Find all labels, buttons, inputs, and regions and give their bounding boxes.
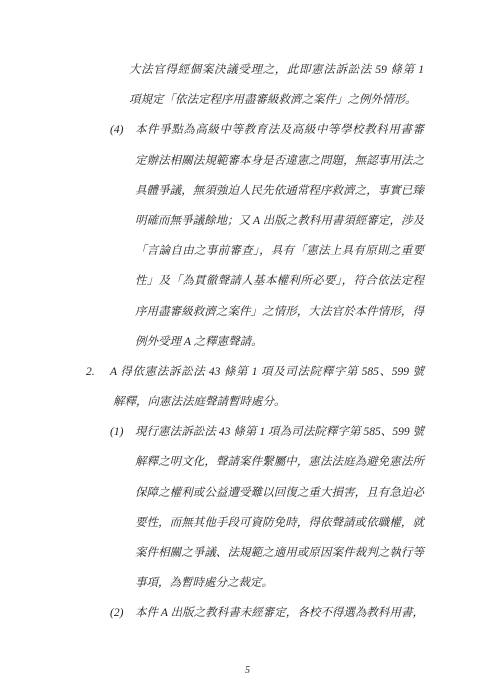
list-marker: (4) (110, 115, 135, 145)
line-text: 例外受理 A 之釋憲聲請。 (135, 327, 424, 357)
text-line: 解釋之明文化，聲請案件繫屬中，憲法法庭為避免憲法所 (0, 447, 424, 477)
text-line: 例外受理 A 之釋憲聲請。 (0, 327, 424, 357)
text-line: 性」及「為貫徹聲請人基本權利所必要」，符合依法定程 (0, 266, 424, 296)
line-text: 「言論自由之事前審查」，具有「憲法上具有原則之重要 (135, 236, 424, 266)
line-text: 現行憲法訴訟法 43 條第 1 項為司法院釋字第 585、599 號 (135, 417, 424, 447)
text-line: 解釋，向憲法法庭聲請暫時處分。 (0, 387, 424, 417)
line-text: 案件相關之爭議、法規範之適用或原因案件裁判之執行等 (135, 538, 424, 568)
page-number: 5 (0, 663, 495, 679)
line-text: A 得依憲法訴訟法 43 條第 1 項及司法院釋字第 585、599 號 (110, 357, 424, 387)
text-line: 序用盡審級救濟之案件」之情形，大法官於本件情形，得 (0, 297, 424, 327)
list-item-line: (2)本件 A 出版之教科書未經審定，各校不得選為教科用書， (0, 598, 424, 628)
text-line: 明確而無爭議餘地；又 A 出版之教科用書須經審定，涉及 (0, 206, 424, 236)
text-line: 定辦法相關法規範審本身是否違憲之問題，無認事用法之 (0, 146, 424, 176)
line-text: 大法官得經個案決議受理之，此即憲法訴訟法 59 條第 1 (129, 55, 424, 85)
line-text: 解釋，向憲法法庭聲請暫時處分。 (113, 387, 424, 417)
line-text: 明確而無爭議餘地；又 A 出版之教科用書須經審定，涉及 (135, 206, 424, 236)
text-line: 事項，為暫時處分之裁定。 (0, 568, 424, 598)
text-line: 大法官得經個案決議受理之，此即憲法訴訟法 59 條第 1 (0, 55, 424, 85)
text-line: 要性，而無其他手段可資防免時，得依聲請或依職權，就 (0, 508, 424, 538)
list-item-line: (4)本件爭點為高級中等教育法及高級中等學校教科用書審 (0, 115, 424, 145)
list-item-line: 2.A 得依憲法訴訟法 43 條第 1 項及司法院釋字第 585、599 號 (0, 357, 424, 387)
line-text: 性」及「為貫徹聲請人基本權利所必要」，符合依法定程 (135, 266, 424, 296)
line-text: 保障之權利或公益遭受難以回復之重大損害，且有急迫必 (135, 478, 424, 508)
text-line: 案件相關之爭議、法規範之適用或原因案件裁判之執行等 (0, 538, 424, 568)
document-page: 大法官得經個案決議受理之，此即憲法訴訟法 59 條第 1 項規定「依法定程序用盡… (0, 0, 495, 700)
line-text: 本件爭點為高級中等教育法及高級中等學校教科用書審 (135, 115, 424, 145)
list-marker: 2. (86, 357, 110, 387)
text-line: 保障之權利或公益遭受難以回復之重大損害，且有急迫必 (0, 478, 424, 508)
line-text: 具體爭議，無須強迫人民先依通常程序救濟之，事實已臻 (135, 176, 424, 206)
text-line: 具體爭議，無須強迫人民先依通常程序救濟之，事實已臻 (0, 176, 424, 206)
list-marker: (1) (110, 417, 135, 447)
body-text-block: 大法官得經個案決議受理之，此即憲法訴訟法 59 條第 1 項規定「依法定程序用盡… (0, 55, 424, 629)
line-text: 本件 A 出版之教科書未經審定，各校不得選為教科用書， (135, 598, 424, 628)
line-text: 要性，而無其他手段可資防免時，得依聲請或依職權，就 (135, 508, 424, 538)
text-line: 項規定「依法定程序用盡審級救濟之案件」之例外情形。 (0, 85, 424, 115)
list-item-line: (1)現行憲法訴訟法 43 條第 1 項為司法院釋字第 585、599 號 (0, 417, 424, 447)
text-line: 「言論自由之事前審查」，具有「憲法上具有原則之重要 (0, 236, 424, 266)
list-marker: (2) (110, 598, 135, 628)
line-text: 事項，為暫時處分之裁定。 (135, 568, 424, 598)
line-text: 項規定「依法定程序用盡審級救濟之案件」之例外情形。 (129, 85, 424, 115)
line-text: 序用盡審級救濟之案件」之情形，大法官於本件情形，得 (135, 297, 424, 327)
line-text: 定辦法相關法規範審本身是否違憲之問題，無認事用法之 (135, 146, 424, 176)
line-text: 解釋之明文化，聲請案件繫屬中，憲法法庭為避免憲法所 (135, 447, 424, 477)
